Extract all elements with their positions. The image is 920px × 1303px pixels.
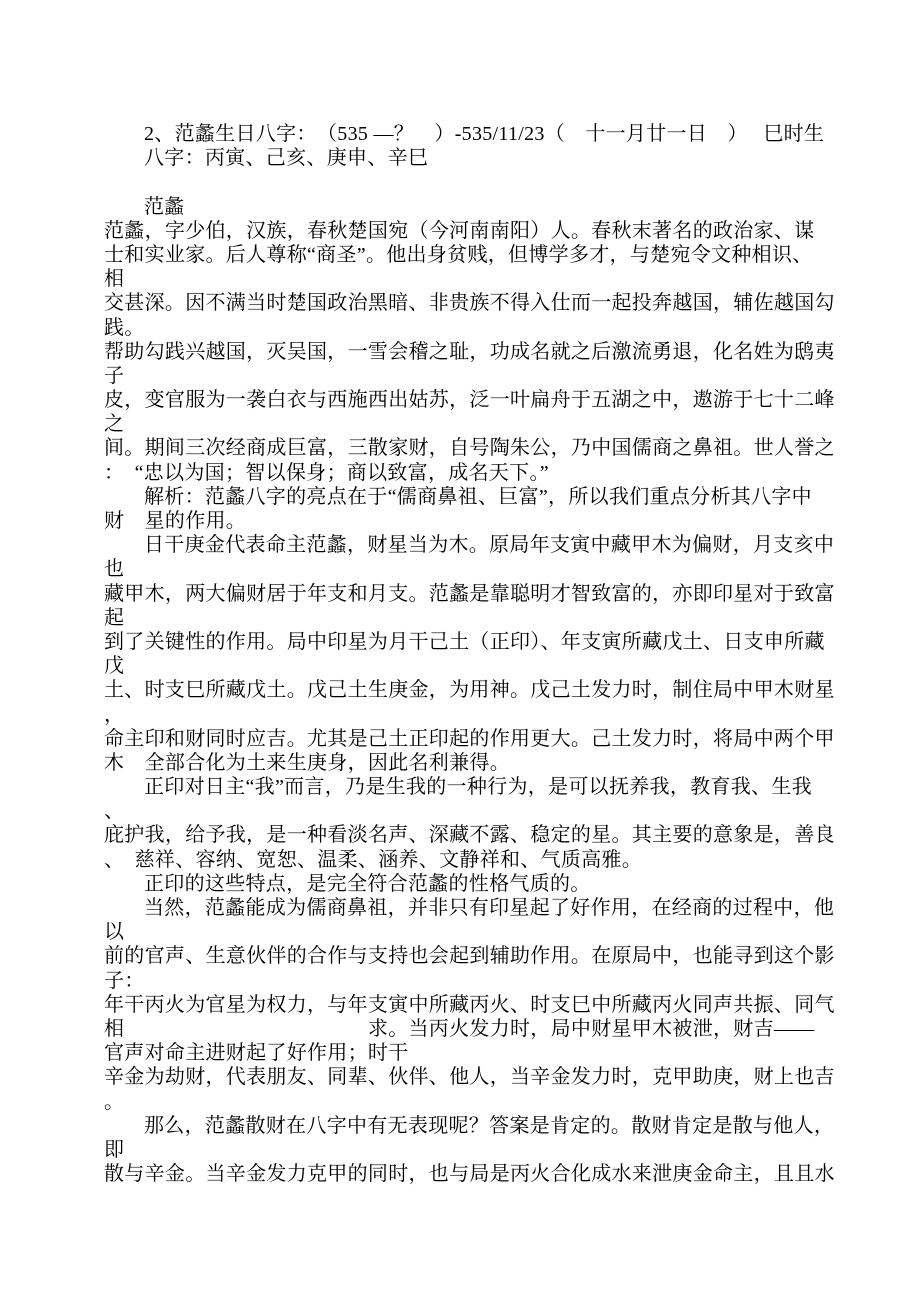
text-line: 解析：范蠡八字的亮点在于“儒商鼻祖、巨富”，所以我们重点分析其八字中 [104, 485, 894, 509]
text-line: 帮助勾践兴越国，灭吴国，一雪会稽之耻，功成名就之后激流勇退，化名姓为鸱夷 [104, 340, 894, 364]
document-page: 2、范蠡生日八字： （535 —？ ）-535/11/23（ 十一月廿一日 ） … [0, 0, 920, 1303]
document-title: 范蠡 [104, 195, 894, 219]
text-line: 前的官声、生意伙伴的合作与支持也会起到辅助作用。在原局中，也能寻到这个影 [104, 944, 894, 968]
text-line: 藏甲木，两大偏财居于年支和月支。范蠡是靠聪明才智致富的，亦即印星对于致富 [104, 582, 894, 606]
text-line: 相 求。当丙火发力时，局中财星甲木被泄，财吉—— [104, 1017, 894, 1041]
text-line: 间。期间三次经商成巨富，三散家财，自号陶朱公，乃中国儒商之鼻祖。世人誉之 [104, 436, 894, 460]
text-line: 。 [104, 1090, 894, 1114]
text-line: 士和实业家。后人尊称“商圣”。他出身贫贱，但博学多才，与楚宛令文种相识、 [104, 243, 894, 267]
document-text: 2、范蠡生日八字： （535 —？ ）-535/11/23（ 十一月廿一日 ） … [104, 122, 894, 1186]
text-line: 、 [104, 799, 894, 823]
text-line: 辛金为劫财，代表朋友、同辈、伙伴、他人，当辛金发力时，克甲助庚，财上也吉 [104, 1065, 894, 1089]
text-line: 起 [104, 606, 894, 630]
text-line: 相 [104, 267, 894, 291]
text-line: 也 [104, 557, 894, 581]
text-line: 皮，变官服为一袭白衣与西施西出姑苏，泛一叶扁舟于五湖之中，遨游于七十二峰 [104, 388, 894, 412]
text-line: 命主印和财同时应吉。尤其是己土正印起的作用更大。己土发力时，将局中两个甲 [104, 727, 894, 751]
text-line: 木 全部合化为土来生庚身，因此名利兼得。 [104, 751, 894, 775]
text-line: 年干丙火为官星为权力，与年支寅中所藏丙火、时支巳中所藏丙火同声共振、同气 [104, 993, 894, 1017]
text-line: 即 [104, 1138, 894, 1162]
text-line: 以 [104, 920, 894, 944]
text-line: ： “忠以为国；智以保身；商以致富，成名天下。” [104, 461, 894, 485]
text-line: 散与辛金。当辛金发力克甲的同时，也与局是丙火合化成水来泄庚金命主，且且水 [104, 1162, 894, 1186]
text-line: 到了关键性的作用。局中印星为月干己土（正印）、年支寅所藏戊土、日支申所藏 [104, 630, 894, 654]
text-line: 土、时支巳所藏戊土。戊己土生庚金，为用神。戊己土发力时，制住局中甲木财星 [104, 678, 894, 702]
text-line: 庇护我，给予我，是一种看淡名声、深藏不露、稳定的星。其主要的意象是，善良 [104, 823, 894, 847]
text-line: 那么，范蠡散财在八字中有无表现呢？答案是肯定的。散财肯定是散与他人， [104, 1114, 894, 1138]
text-line: 子： [104, 969, 894, 993]
text-line: 正印对日主“我”而言，乃是生我的一种行为，是可以抚养我，教育我、生我 [104, 775, 894, 799]
birthday-line: 2、范蠡生日八字： （535 —？ ）-535/11/23（ 十一月廿一日 ） … [104, 122, 894, 146]
text-line: 戊 [104, 654, 894, 678]
text-line: 子 [104, 364, 894, 388]
text-line: 官声对命主进财起了好作用；时干 [104, 1041, 894, 1065]
text-line: 、 慈祥、容纳、宽恕、温柔、涵养、文静祥和、气质高雅。 [104, 848, 894, 872]
text-line: 交甚深。因不满当时楚国政治黑暗、非贵族不得入仕而一起投奔越国，辅佐越国勾 [104, 291, 894, 315]
blank-line [104, 170, 894, 194]
text-line: 范蠡，字少伯，汉族，春秋楚国宛（今河南南阳）人。春秋末著名的政治家、谋 [104, 219, 894, 243]
text-line: 日干庚金代表命主范蠡，财星当为木。原局年支寅中藏甲木为偏财，月支亥中 [104, 533, 894, 557]
text-line: 践。 [104, 316, 894, 340]
text-line: 之 [104, 412, 894, 436]
text-line: 正印的这些特点，是完全符合范蠡的性格气质的。 [104, 872, 894, 896]
text-line: ， [104, 703, 894, 727]
text-line: 当然，范蠡能成为儒商鼻祖，并非只有印星起了好作用，在经商的过程中，他 [104, 896, 894, 920]
bazi-line: 八字：丙寅、己亥、庚申、辛巳 [104, 146, 894, 170]
text-line: 财 星的作用。 [104, 509, 894, 533]
